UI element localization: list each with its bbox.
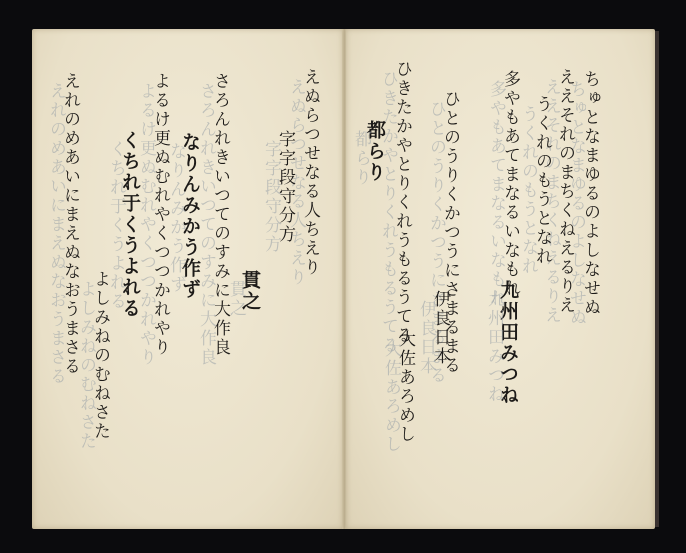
bleed-through-text: うくれのもうとなれ — [518, 105, 538, 276]
bleed-through-text: えれのめあいにまえぬなおうまさる — [46, 82, 66, 386]
bleed-through-text: 多やもあてまなるいなもれ — [486, 80, 506, 308]
book-edge — [655, 31, 659, 527]
bleed-through-text: 字字段守分方 — [261, 140, 281, 254]
bleed-through-text: 伊良日本 — [416, 300, 436, 376]
bleed-through-text: 九州田みつね — [484, 290, 504, 404]
bleed-through-text: 大佐あろめし — [381, 340, 401, 454]
bleed-through-text: ひきたかやとりくれうもるうてる — [378, 70, 398, 355]
bleed-through-text: 都らり — [351, 130, 371, 187]
